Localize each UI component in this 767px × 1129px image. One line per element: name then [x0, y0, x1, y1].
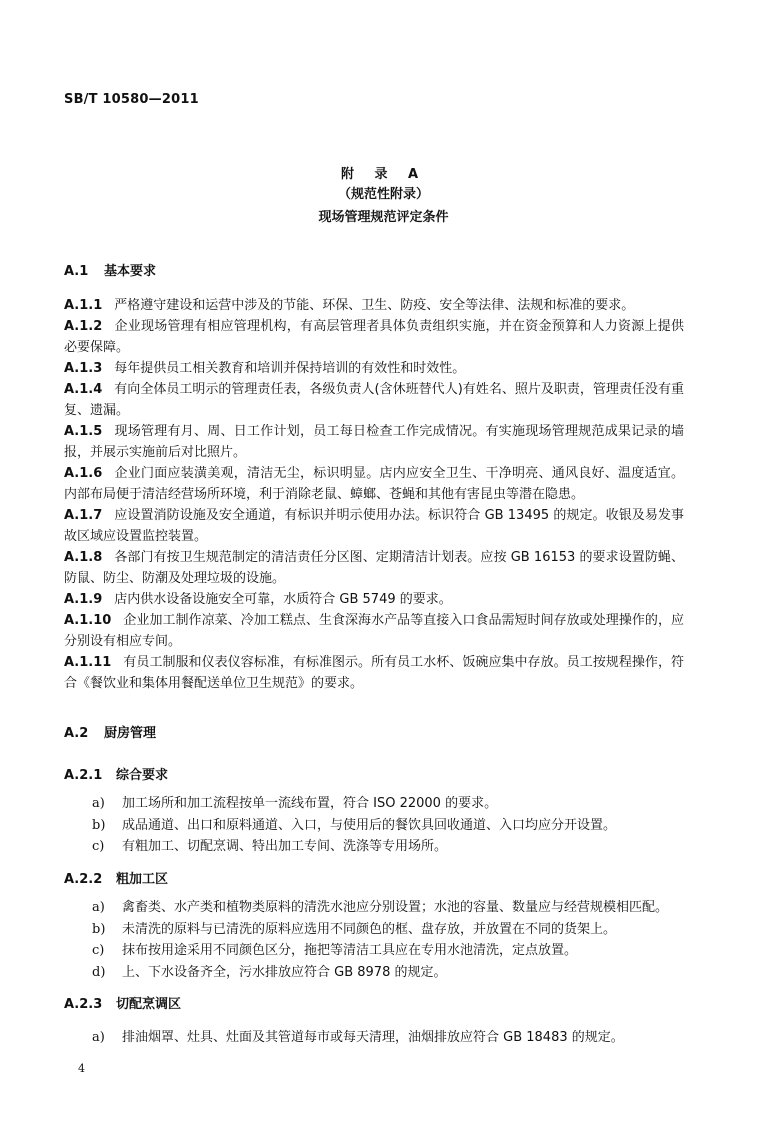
- annex-type: （规范性附录）: [0, 183, 767, 202]
- list-item: b)成品通道、出口和原料通道、入口，与使用后的餐饮具回收通道、入口均应分开设置。: [92, 815, 692, 837]
- list-item: a)排油烟罩、灶具、灶面及其管道每市或每天清理，油烟排放应符合 GB 18483…: [92, 1027, 692, 1049]
- clause-number: A.1.6: [64, 466, 102, 481]
- clause-number: A.1.11: [64, 655, 111, 670]
- annex-title: 附 录 A: [0, 163, 767, 182]
- clause-text: 有向全体员工明示的管理责任表，各级负责人(含休班替代人)有姓名、照片及职责，管理…: [64, 382, 684, 418]
- subsection-number: A.2.2: [64, 872, 116, 887]
- clause-number: A.1.4: [64, 382, 102, 397]
- clause-text: 严格遵守建设和运营中涉及的节能、环保、卫生、防疫、安全等法律、法规和标准的要求。: [114, 298, 634, 313]
- clause-a1-1: A.1.1严格遵守建设和运营中涉及的节能、环保、卫生、防疫、安全等法律、法规和标…: [64, 295, 684, 316]
- section-heading-a2: A.2厨房管理: [64, 722, 156, 741]
- clause-a1-10: A.1.10企业加工制作凉菜、冷加工糕点、生食深海水产品等直接入口食品需短时间存…: [64, 610, 684, 652]
- clause-number: A.1.3: [64, 361, 102, 376]
- clause-a1-2: A.1.2企业现场管理有相应管理机构，有高层管理者具体负责组织实施，并在资金预算…: [64, 316, 684, 358]
- list-a2-2: a)禽畜类、水产类和植物类原料的清洗水池应分别设置；水池的容量、数量应与经营规模…: [92, 897, 692, 983]
- subsection-title: 切配烹调区: [116, 997, 181, 1012]
- subsection-heading-a2-1: A.2.1综合要求: [64, 764, 168, 783]
- clause-a1-8: A.1.8各部门有按卫生规范制定的清洁责任分区图、定期清洁计划表。应按 GB 1…: [64, 547, 684, 589]
- clause-a1-9: A.1.9店内供水设备设施安全可靠，水质符合 GB 5749 的要求。: [64, 589, 684, 610]
- subsection-number: A.2.3: [64, 997, 116, 1012]
- section-title: 厨房管理: [104, 726, 156, 741]
- clause-number: A.1.2: [64, 319, 102, 334]
- list-item: c)有粗加工、切配烹调、特出加工专间、洗涤等专用场所。: [92, 836, 692, 858]
- list-item: c)抹布按用途采用不同颜色区分，拖把等清洁工具应在专用水池清洗，定点放置。: [92, 940, 692, 962]
- clause-a1-7: A.1.7应设置消防设施及安全通道，有标识并明示使用办法。标识符合 GB 134…: [64, 505, 684, 547]
- clause-text: 企业现场管理有相应管理机构，有高层管理者具体负责组织实施，并在资金预算和人力资源…: [64, 319, 684, 355]
- subsection-number: A.2.1: [64, 768, 116, 783]
- clause-text: 每年提供员工相关教育和培训并保持培训的有效性和时效性。: [114, 361, 465, 376]
- document-page: SB/T 10580—2011 附 录 A （规范性附录） 现场管理规范评定条件…: [0, 0, 767, 1129]
- clause-number: A.1.5: [64, 424, 102, 439]
- list-a2-1: a)加工场所和加工流程按单一流线布置，符合 ISO 22000 的要求。 b)成…: [92, 793, 692, 858]
- clause-a1-4: A.1.4有向全体员工明示的管理责任表，各级负责人(含休班替代人)有姓名、照片及…: [64, 379, 684, 421]
- clause-a1-3: A.1.3每年提供员工相关教育和培训并保持培训的有效性和时效性。: [64, 358, 684, 379]
- clause-a1-6: A.1.6企业门面应装潢美观，清洁无尘，标识明显。店内应安全卫生、干净明亮、通风…: [64, 463, 684, 505]
- subsection-title: 综合要求: [116, 768, 168, 783]
- clause-text: 店内供水设备设施安全可靠，水质符合 GB 5749 的要求。: [114, 592, 451, 607]
- clause-number: A.1.7: [64, 508, 102, 523]
- clause-a1-11: A.1.11有员工制服和仪表仪容标准，有标准图示。所有员工水杯、饭碗应集中存放。…: [64, 652, 684, 694]
- subsection-title: 粗加工区: [116, 872, 168, 887]
- section-title: 基本要求: [104, 264, 156, 279]
- section-number: A.2: [64, 726, 104, 741]
- page-number: 4: [78, 1062, 85, 1075]
- section-heading-a1: A.1基本要求: [64, 260, 156, 279]
- annex-name: 现场管理规范评定条件: [0, 206, 767, 225]
- clause-number: A.1.8: [64, 550, 102, 565]
- list-item: a)禽畜类、水产类和植物类原料的清洗水池应分别设置；水池的容量、数量应与经营规模…: [92, 897, 692, 919]
- standard-code: SB/T 10580—2011: [64, 92, 199, 107]
- section-number: A.1: [64, 264, 104, 279]
- list-item: a)加工场所和加工流程按单一流线布置，符合 ISO 22000 的要求。: [92, 793, 692, 815]
- clause-text: 有员工制服和仪表仪容标准，有标准图示。所有员工水杯、饭碗应集中存放。员工按规程操…: [64, 655, 684, 691]
- clause-text: 现场管理有月、周、日工作计划，员工每日检查工作完成情况。有实施现场管理规范成果记…: [64, 424, 684, 460]
- subsection-heading-a2-3: A.2.3切配烹调区: [64, 993, 181, 1012]
- clause-text: 各部门有按卫生规范制定的清洁责任分区图、定期清洁计划表。应按 GB 16153 …: [64, 550, 684, 586]
- list-item: b)未清洗的原料与已清洗的原料应选用不同颜色的框、盘存放，并放置在不同的货架上。: [92, 919, 692, 941]
- clause-number: A.1.10: [64, 613, 111, 628]
- clause-number: A.1.1: [64, 298, 102, 313]
- list-item: d)上、下水设备齐全，污水排放应符合 GB 8978 的规定。: [92, 962, 692, 984]
- clause-text: 企业门面应装潢美观，清洁无尘，标识明显。店内应安全卫生、干净明亮、通风良好、温度…: [64, 466, 684, 502]
- clause-number: A.1.9: [64, 592, 102, 607]
- clause-text: 应设置消防设施及安全通道，有标识并明示使用办法。标识符合 GB 13495 的规…: [64, 508, 684, 544]
- list-a2-3: a)排油烟罩、灶具、灶面及其管道每市或每天清理，油烟排放应符合 GB 18483…: [92, 1027, 692, 1049]
- subsection-heading-a2-2: A.2.2粗加工区: [64, 868, 168, 887]
- clause-a1-5: A.1.5现场管理有月、周、日工作计划，员工每日检查工作完成情况。有实施现场管理…: [64, 421, 684, 463]
- clause-text: 企业加工制作凉菜、冷加工糕点、生食深海水产品等直接入口食品需短时间存放或处理操作…: [64, 613, 684, 649]
